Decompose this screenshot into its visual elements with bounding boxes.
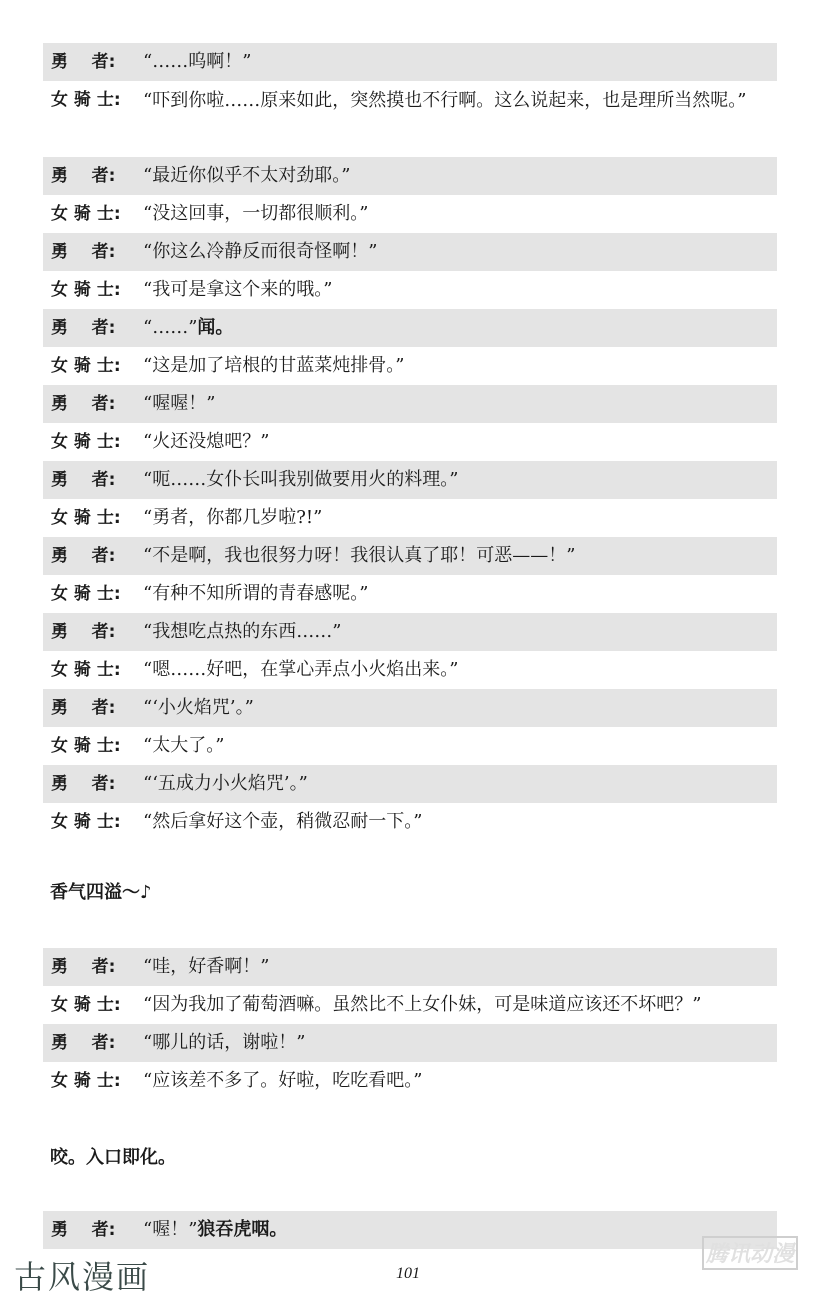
speaker-label: 女 骑 士: [51, 811, 141, 833]
dialogue-text: “太大了。” [143, 735, 771, 757]
dialogue-line: 女 骑 士:“吓到你啦……原来如此，突然摸也不行啊。这么说起来，也是理所当然呢。… [43, 81, 777, 157]
dialogue-line: 勇 者:“呃……女仆长叫我别做要用火的料理。” [43, 461, 777, 499]
quote: “因为我加了葡萄酒嘛。虽然比不上女仆妹，可是味道应该还不坏吧？” [143, 994, 701, 1015]
quote: “有种不知所谓的青春感呢。” [143, 583, 368, 604]
quote: “没这回事，一切都很顺利。” [143, 203, 368, 224]
dialogue-line: 女 骑 士:“然后拿好这个壶，稍微忍耐一下。” [43, 803, 777, 841]
quote: “喔！” [143, 1219, 197, 1240]
dialogue-line: 女 骑 士:“有种不知所谓的青春感呢。” [43, 575, 777, 613]
dialogue-line: 女 骑 士:“我可是拿这个来的哦。” [43, 271, 777, 309]
page-number: 101 [396, 1265, 420, 1283]
narration-bite: 咬。入口即化。 [50, 1143, 176, 1169]
action-text: 闻。 [197, 317, 233, 338]
dialogue-text: “喔喔！” [143, 393, 771, 415]
dialogue-text: “然后拿好这个壶，稍微忍耐一下。” [143, 811, 771, 833]
dialogue-text: “‘五成力小火焰咒’。” [143, 773, 771, 795]
speaker-label: 女 骑 士: [51, 583, 141, 605]
action-text: 狼吞虎咽。 [197, 1219, 287, 1240]
dialogue-line: 女 骑 士:“勇者，你都几岁啦?!” [43, 499, 777, 537]
quote: “……呜啊！” [143, 51, 251, 72]
dialogue-text: “哪儿的话，谢啦！” [143, 1032, 771, 1054]
speaker-label: 勇 者: [51, 1032, 141, 1054]
quote: “这是加了培根的甘蓝菜炖排骨。” [143, 355, 404, 376]
dialogue-line: 女 骑 士:“嗯……好吧，在掌心弄点小火焰出来。” [43, 651, 777, 689]
dialogue-text: “有种不知所谓的青春感呢。” [143, 583, 771, 605]
dialogue-line: 勇 者:“你这么冷静反而很奇怪啊！” [43, 233, 777, 271]
dialogue-text: “……”闻。 [143, 317, 771, 339]
quote: “我可是拿这个来的哦。” [143, 279, 332, 300]
quote: “太大了。” [143, 735, 224, 756]
speaker-label: 勇 者: [51, 51, 141, 73]
speaker-label: 女 骑 士: [51, 507, 141, 529]
dialogue-text: “你这么冷静反而很奇怪啊！” [143, 241, 771, 263]
dialogue-line: 勇 者:“喔！”狼吞虎咽。 [43, 1211, 777, 1249]
dialogue-text: “喔！”狼吞虎咽。 [143, 1219, 771, 1241]
speaker-label: 勇 者: [51, 165, 141, 187]
dialogue-text: “呃……女仆长叫我别做要用火的料理。” [143, 469, 771, 491]
dialogue-line: 女 骑 士:“没这回事，一切都很顺利。” [43, 195, 777, 233]
dialogue-line: 勇 者:“哪儿的话，谢啦！” [43, 1024, 777, 1062]
speaker-label: 女 骑 士: [51, 735, 141, 757]
quote: “吓到你啦……原来如此，突然摸也不行啊。这么说起来，也是理所当然呢。” [143, 90, 746, 111]
quote: “然后拿好这个壶，稍微忍耐一下。” [143, 811, 422, 832]
dialogue-line: 勇 者:“‘小火焰咒’。” [43, 689, 777, 727]
dialogue-line: 女 骑 士:“因为我加了葡萄酒嘛。虽然比不上女仆妹，可是味道应该还不坏吧？” [43, 986, 777, 1024]
speaker-label: 女 骑 士: [51, 89, 141, 111]
quote: “喔喔！” [143, 393, 215, 414]
speaker-label: 女 骑 士: [51, 203, 141, 225]
dialogue-line: 女 骑 士:“太大了。” [43, 727, 777, 765]
quote: “嗯……好吧，在掌心弄点小火焰出来。” [143, 659, 458, 680]
speaker-label: 勇 者: [51, 697, 141, 719]
quote: “最近你似乎不太对劲耶。” [143, 165, 350, 186]
quote: “火还没熄吧？” [143, 431, 269, 452]
dialogue-line: 女 骑 士:“应该差不多了。好啦，吃吃看吧。” [43, 1062, 777, 1100]
quote: “‘小火焰咒’。” [143, 697, 254, 718]
dialogue-line: 勇 者:“喔喔！” [43, 385, 777, 423]
quote: “你这么冷静反而很奇怪啊！” [143, 241, 377, 262]
speaker-label: 女 骑 士: [51, 431, 141, 453]
speaker-label: 女 骑 士: [51, 994, 141, 1016]
dialogue-line: 勇 者:“……”闻。 [43, 309, 777, 347]
speaker-label: 勇 者: [51, 317, 141, 339]
dialogue-text: “因为我加了葡萄酒嘛。虽然比不上女仆妹，可是味道应该还不坏吧？” [143, 994, 771, 1016]
dialogue-text: “……呜啊！” [143, 51, 771, 73]
speaker-label: 勇 者: [51, 1219, 141, 1241]
quote: “……” [143, 317, 197, 338]
speaker-label: 勇 者: [51, 773, 141, 795]
dialogue-text: “应该差不多了。好啦，吃吃看吧。” [143, 1070, 771, 1092]
speaker-label: 勇 者: [51, 469, 141, 491]
dialogue-line: 勇 者:“……呜啊！” [43, 43, 777, 81]
dialogue-line: 女 骑 士:“这是加了培根的甘蓝菜炖排骨。” [43, 347, 777, 385]
dialogue-text: “‘小火焰咒’。” [143, 697, 771, 719]
quote: “呃……女仆长叫我别做要用火的料理。” [143, 469, 458, 490]
speaker-label: 女 骑 士: [51, 1070, 141, 1092]
dialogue-text: “我可是拿这个来的哦。” [143, 279, 771, 301]
quote: “不是啊，我也很努力呀！我很认真了耶！可恶——！” [143, 545, 575, 566]
dialogue-text: “嗯……好吧，在掌心弄点小火焰出来。” [143, 659, 771, 681]
quote: “哪儿的话，谢啦！” [143, 1032, 305, 1053]
dialogue-line: 勇 者:“不是啊，我也很努力呀！我很认真了耶！可恶——！” [43, 537, 777, 575]
dialogue-line: 勇 者:“哇，好香啊！” [43, 948, 777, 986]
dialogue-line: 勇 者:“我想吃点热的东西……” [43, 613, 777, 651]
dialogue-text: “勇者，你都几岁啦?!” [143, 507, 771, 529]
speaker-label: 女 骑 士: [51, 279, 141, 301]
quote: “勇者，你都几岁啦?!” [143, 507, 322, 528]
speaker-label: 女 骑 士: [51, 355, 141, 377]
speaker-label: 勇 者: [51, 956, 141, 978]
quote: “哇，好香啊！” [143, 956, 269, 977]
dialogue-text: “哇，好香啊！” [143, 956, 771, 978]
speaker-label: 勇 者: [51, 621, 141, 643]
speaker-label: 女 骑 士: [51, 659, 141, 681]
quote: “‘五成力小火焰咒’。” [143, 773, 308, 794]
dialogue-line: 勇 者:“最近你似乎不太对劲耶。” [43, 157, 777, 195]
speaker-label: 勇 者: [51, 393, 141, 415]
dialogue-text: “这是加了培根的甘蓝菜炖排骨。” [143, 355, 771, 377]
dialogue-line: 女 骑 士:“火还没熄吧？” [43, 423, 777, 461]
dialogue-text: “我想吃点热的东西……” [143, 621, 771, 643]
speaker-label: 勇 者: [51, 241, 141, 263]
dialogue-text: “没这回事，一切都很顺利。” [143, 203, 771, 225]
speaker-label: 勇 者: [51, 545, 141, 567]
quote: “我想吃点热的东西……” [143, 621, 341, 642]
watermark-tencent: 腾讯动漫 [702, 1236, 798, 1270]
dialogue-line: 勇 者:“‘五成力小火焰咒’。” [43, 765, 777, 803]
dialogue-text: “火还没熄吧？” [143, 431, 771, 453]
narration-aroma: 香气四溢～♪ [50, 878, 152, 904]
dialogue-text: “吓到你啦……原来如此，突然摸也不行啊。这么说起来，也是理所当然呢。” [143, 83, 771, 119]
quote: “应该差不多了。好啦，吃吃看吧。” [143, 1070, 422, 1091]
dialogue-text: “不是啊，我也很努力呀！我很认真了耶！可恶——！” [143, 545, 771, 567]
dialogue-text: “最近你似乎不太对劲耶。” [143, 165, 771, 187]
watermark-gufeng: 古风漫画 [14, 1252, 150, 1291]
